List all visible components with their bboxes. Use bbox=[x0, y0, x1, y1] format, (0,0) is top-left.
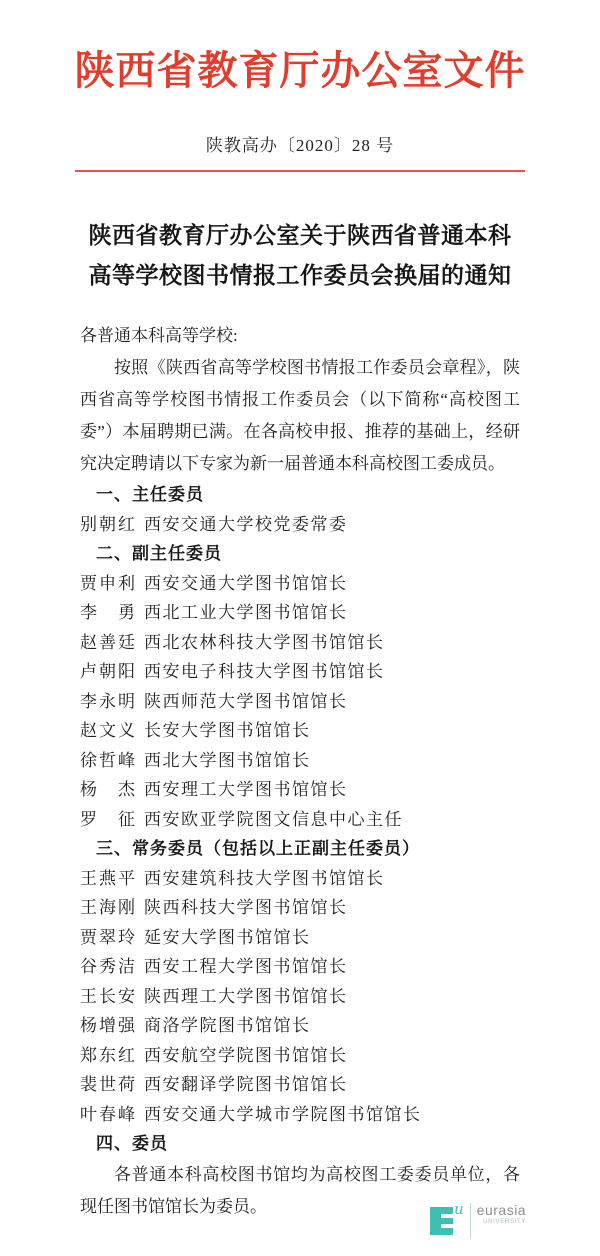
section-heading-1: 一、主任委员 bbox=[80, 480, 520, 510]
document-title-line2: 高等学校图书情报工作委员会换届的通知 bbox=[40, 256, 560, 296]
member-name: 郑东红 bbox=[80, 1041, 144, 1071]
agency-letterhead: 陕西省教育厅办公室文件 bbox=[0, 46, 600, 96]
member-name: 赵善廷 bbox=[80, 628, 144, 658]
logo-subtitle: UNIVERSITY bbox=[477, 1219, 526, 1226]
member-name: 卢朝阳 bbox=[80, 657, 144, 687]
member-name: 王长安 bbox=[80, 982, 144, 1012]
member-row: 李 勇 西北工业大学图书馆馆长 bbox=[80, 598, 520, 628]
section-heading-2: 二、副主任委员 bbox=[80, 539, 520, 569]
member-title: 陕西科技大学图书馆馆长 bbox=[144, 893, 348, 923]
member-name: 叶春峰 bbox=[80, 1100, 144, 1130]
member-title: 西安交通大学校党委常委 bbox=[144, 510, 348, 540]
red-divider-rule bbox=[75, 170, 525, 172]
member-title: 陕西理工大学图书馆馆长 bbox=[144, 982, 348, 1012]
member-name: 别朝红 bbox=[80, 510, 144, 540]
logo-divider-line bbox=[470, 1203, 471, 1239]
member-title: 西安航空学院图书馆馆长 bbox=[144, 1041, 348, 1071]
member-name: 杨 杰 bbox=[80, 775, 144, 805]
member-title: 西安建筑科技大学图书馆馆长 bbox=[144, 864, 385, 894]
member-title: 西北工业大学图书馆馆长 bbox=[144, 598, 348, 628]
member-row: 李永明 陕西师范大学图书馆馆长 bbox=[80, 687, 520, 717]
member-row: 杨 杰 西安理工大学图书馆馆长 bbox=[80, 775, 520, 805]
member-title: 陕西师范大学图书馆馆长 bbox=[144, 687, 348, 717]
member-row: 徐哲峰 西北大学图书馆馆长 bbox=[80, 746, 520, 776]
member-title: 商洛学院图书馆馆长 bbox=[144, 1011, 311, 1041]
member-name: 李永明 bbox=[80, 687, 144, 717]
logo-text: eurasia UNIVERSITY bbox=[477, 1202, 526, 1226]
member-title: 长安大学图书馆馆长 bbox=[144, 716, 311, 746]
section-heading-4: 四、委员 bbox=[80, 1129, 520, 1159]
section-heading-3: 三、常务委员（包括以上正副主任委员） bbox=[80, 834, 520, 864]
member-row: 郑东红 西安航空学院图书馆馆长 bbox=[80, 1041, 520, 1071]
intro-paragraph: 按照《陕西省高等学校图书情报工作委员会章程》，陕西省高等学校图书情报工作委员会（… bbox=[80, 352, 520, 480]
member-row: 赵善廷 西北农林科技大学图书馆馆长 bbox=[80, 628, 520, 658]
member-row: 罗 征 西安欧亚学院图文信息中心主任 bbox=[80, 805, 520, 835]
member-name: 王燕平 bbox=[80, 864, 144, 894]
member-row: 王长安 陕西理工大学图书馆馆长 bbox=[80, 982, 520, 1012]
member-row: 王海刚 陕西科技大学图书馆馆长 bbox=[80, 893, 520, 923]
member-title: 西安交通大学图书馆馆长 bbox=[144, 569, 348, 599]
member-name: 徐哲峰 bbox=[80, 746, 144, 776]
member-title: 西安理工大学图书馆馆长 bbox=[144, 775, 348, 805]
member-title: 延安大学图书馆馆长 bbox=[144, 923, 311, 953]
member-row: 杨增强 商洛学院图书馆馆长 bbox=[80, 1011, 520, 1041]
member-row: 卢朝阳 西安电子科技大学图书馆馆长 bbox=[80, 657, 520, 687]
document-body: 各普通本科高等学校: 按照《陕西省高等学校图书情报工作委员会章程》，陕西省高等学… bbox=[80, 320, 520, 1223]
member-row: 赵文义 长安大学图书馆馆长 bbox=[80, 716, 520, 746]
member-title: 西北大学图书馆馆长 bbox=[144, 746, 311, 776]
member-name: 罗 征 bbox=[80, 805, 144, 835]
document-page: 陕西省教育厅办公室文件 陕教高办〔2020〕28 号 陕西省教育厅办公室关于陕西… bbox=[0, 0, 600, 1256]
member-row: 贾翠玲 延安大学图书馆馆长 bbox=[80, 923, 520, 953]
member-name: 裴世荷 bbox=[80, 1070, 144, 1100]
document-title-line1: 陕西省教育厅办公室关于陕西省普通本科 bbox=[40, 216, 560, 256]
eurasia-logo-script-u: u bbox=[454, 1202, 464, 1217]
logo-wordmark: eurasia bbox=[477, 1203, 526, 1218]
member-name: 赵文义 bbox=[80, 716, 144, 746]
member-title: 西安翻译学院图书馆馆长 bbox=[144, 1070, 348, 1100]
member-title: 西安电子科技大学图书馆馆长 bbox=[144, 657, 385, 687]
member-title: 西北农林科技大学图书馆馆长 bbox=[144, 628, 385, 658]
member-row: 王燕平 西安建筑科技大学图书馆馆长 bbox=[80, 864, 520, 894]
member-name: 贾翠玲 bbox=[80, 923, 144, 953]
eurasia-university-logo: u eurasia UNIVERSITY bbox=[430, 1202, 526, 1239]
document-title: 陕西省教育厅办公室关于陕西省普通本科 高等学校图书情报工作委员会换届的通知 bbox=[40, 216, 560, 296]
member-title: 西安欧亚学院图文信息中心主任 bbox=[144, 805, 403, 835]
member-name: 杨增强 bbox=[80, 1011, 144, 1041]
member-row: 贾申利 西安交通大学图书馆馆长 bbox=[80, 569, 520, 599]
member-row: 谷秀洁 西安工程大学图书馆馆长 bbox=[80, 952, 520, 982]
doc-number: 陕教高办〔2020〕28 号 bbox=[0, 136, 600, 156]
member-name: 王海刚 bbox=[80, 893, 144, 923]
member-title: 西安交通大学城市学院图书馆馆长 bbox=[144, 1100, 422, 1130]
member-row: 叶春峰 西安交通大学城市学院图书馆馆长 bbox=[80, 1100, 520, 1130]
member-row: 别朝红 西安交通大学校党委常委 bbox=[80, 510, 520, 540]
member-title: 西安工程大学图书馆馆长 bbox=[144, 952, 348, 982]
member-row: 裴世荷 西安翻译学院图书馆馆长 bbox=[80, 1070, 520, 1100]
member-name: 贾申利 bbox=[80, 569, 144, 599]
eurasia-logo-e-icon bbox=[430, 1207, 453, 1235]
member-name: 谷秀洁 bbox=[80, 952, 144, 982]
salutation: 各普通本科高等学校: bbox=[80, 320, 520, 352]
member-name: 李 勇 bbox=[80, 598, 144, 628]
